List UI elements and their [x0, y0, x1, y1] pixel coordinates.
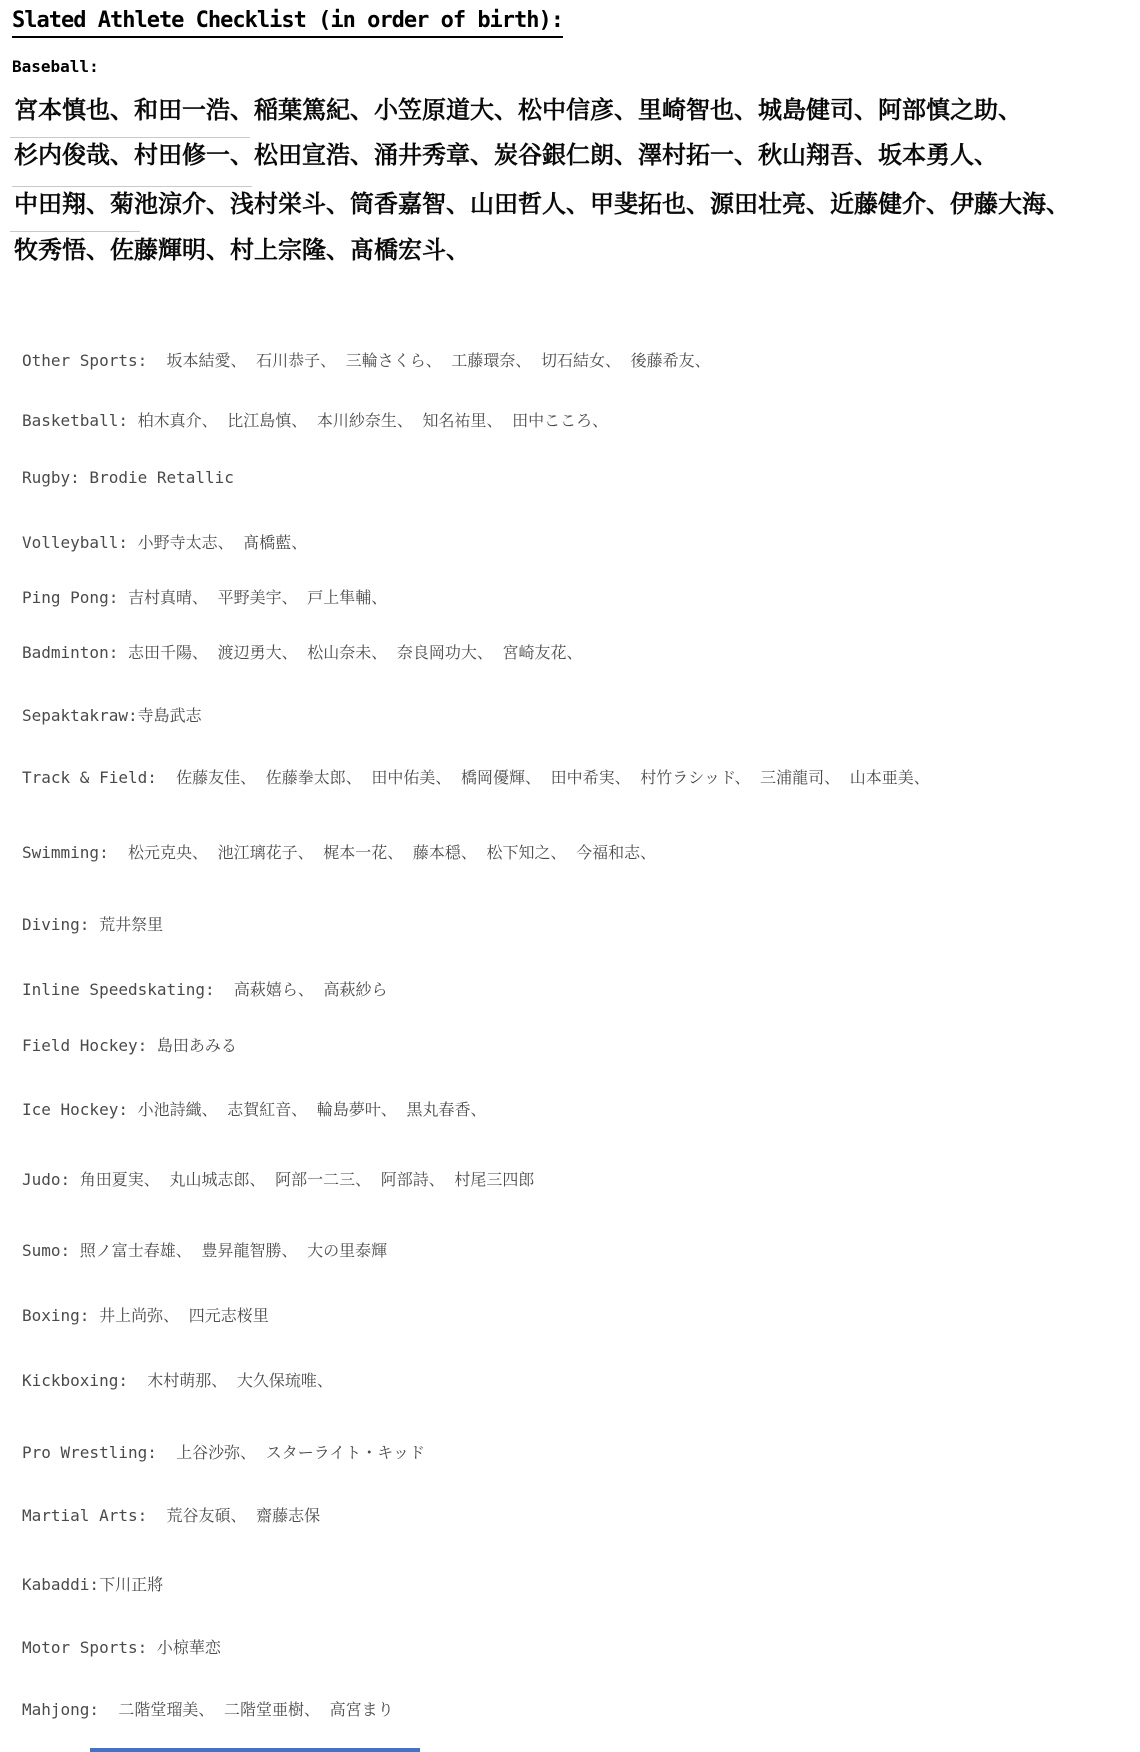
section-row-volleyball: Volleyball: 小野寺太志、 髙橋藍、	[22, 530, 307, 553]
section-row-pro-wrestling: Pro Wrestling: 上谷沙弥、 スターライト・キッド	[22, 1440, 425, 1463]
bottom-blue-line	[90, 1748, 420, 1752]
athlete-names: 小椋華恋	[147, 1638, 221, 1657]
sport-label: Martial Arts:	[22, 1506, 147, 1525]
section-row-sumo: Sumo: 照ノ富士春雄、 豊昇龍智勝、 大の里泰輝	[22, 1238, 387, 1261]
baseball-names-line: 宮本慎也、和田一浩、稲葉篤紀、小笠原道大、松中信彦、里崎智也、城島健司、阿部慎之…	[14, 95, 1022, 125]
athlete-names: 照ノ富士春雄、 豊昇龍智勝、 大の里泰輝	[70, 1241, 387, 1260]
athlete-names: 井上尚弥、 四元志桜里	[89, 1306, 268, 1325]
section-row-judo: Judo: 角田夏実、 丸山城志郎、 阿部一二三、 阿部詩、 村尾三四郎	[22, 1167, 534, 1190]
athlete-names: 高萩嬉ら、 高萩紗ら	[215, 980, 388, 999]
sport-label: Diving:	[22, 915, 89, 934]
sport-label: Swimming:	[22, 843, 109, 862]
sport-label: Kabaddi:	[22, 1575, 99, 1594]
athlete-names: 寺島武志	[138, 706, 202, 725]
baseball-section-label: Baseball:	[12, 57, 99, 76]
athlete-names: 荒井祭里	[89, 915, 163, 934]
sport-label: Kickboxing:	[22, 1371, 128, 1390]
faint-divider-line	[12, 186, 252, 187]
sport-label: Volleyball:	[22, 533, 128, 552]
section-row-rugby: Rugby: Brodie Retallic	[22, 468, 234, 487]
section-row-badminton: Badminton: 志田千陽、 渡辺勇大、 松山奈未、 奈良岡功大、 宮崎友花…	[22, 640, 583, 663]
section-row-motor-sports: Motor Sports: 小椋華恋	[22, 1635, 221, 1658]
athlete-names: 荒谷友碩、 齋藤志保	[147, 1506, 320, 1525]
baseball-names-line: 牧秀悟、佐藤輝明、村上宗隆、髙橋宏斗、	[14, 235, 470, 265]
athlete-names: 志田千陽、 渡辺勇大、 松山奈未、 奈良岡功大、 宮崎友花、	[118, 643, 582, 662]
athlete-names: 坂本結愛、 石川恭子、 三輪さくら、 工藤環奈、 切石結女、 後藤希友、	[147, 351, 710, 370]
sport-label: Basketball:	[22, 411, 128, 430]
sport-label: Sumo:	[22, 1241, 70, 1260]
athlete-names: 島田あみる	[147, 1036, 237, 1055]
faint-divider-line	[10, 231, 140, 232]
section-row-track-field: Track & Field: 佐藤友佳、 佐藤拳太郎、 田中佑美、 橋岡優輝、 …	[22, 765, 930, 788]
section-row-ice-hockey: Ice Hockey: 小池詩織、 志賀紅音、 輪島夢叶、 黒丸春香、	[22, 1097, 487, 1120]
section-row-sepaktakraw: Sepaktakraw:寺島武志	[22, 703, 202, 726]
section-row-basketball: Basketball: 柏木真介、 比江島慎、 本川紗奈生、 知名祐里、 田中こ…	[22, 408, 608, 431]
athlete-names: 松元克央、 池江璃花子、 梶本一花、 藤本穏、 松下知之、 今福和志、	[109, 843, 656, 862]
section-row-ping-pong: Ping Pong: 吉村真晴、 平野美宇、 戸上隼輔、	[22, 585, 387, 608]
section-row-martial-arts: Martial Arts: 荒谷友碩、 齋藤志保	[22, 1503, 320, 1526]
sport-label: Boxing:	[22, 1306, 89, 1325]
athlete-names: 角田夏実、 丸山城志郎、 阿部一二三、 阿部詩、 村尾三四郎	[70, 1170, 534, 1189]
section-row-boxing: Boxing: 井上尚弥、 四元志桜里	[22, 1303, 269, 1326]
section-row-kickboxing: Kickboxing: 木村萌那、 大久保琉唯、	[22, 1368, 333, 1391]
page-title: Slated Athlete Checklist (in order of bi…	[12, 8, 563, 38]
athlete-names: 下川正將	[99, 1575, 163, 1594]
section-row-swimming: Swimming: 松元克央、 池江璃花子、 梶本一花、 藤本穏、 松下知之、 …	[22, 840, 656, 863]
sport-label: Inline Speedskating:	[22, 980, 215, 999]
section-row-diving: Diving: 荒井祭里	[22, 912, 163, 935]
baseball-names-line: 杉内俊哉、村田修一、松田宣浩、涌井秀章、炭谷銀仁朗、澤村拓一、秋山翔吾、坂本勇人…	[14, 140, 998, 170]
section-row-inline-speedskating: Inline Speedskating: 高萩嬉ら、 高萩紗ら	[22, 977, 388, 1000]
athlete-names: 吉村真晴、 平野美宇、 戸上隼輔、	[118, 588, 387, 607]
sport-label: Rugby:	[22, 468, 80, 487]
section-row-field-hockey: Field Hockey: 島田あみる	[22, 1033, 237, 1056]
sport-label: Sepaktakraw:	[22, 706, 138, 725]
document-page: Slated Athlete Checklist (in order of bi…	[0, 0, 1140, 1752]
athlete-names: 二階堂瑠美、 二階堂亜樹、 高宮まり	[99, 1700, 394, 1719]
section-row-mahjong: Mahjong: 二階堂瑠美、 二階堂亜樹、 高宮まり	[22, 1697, 394, 1720]
faint-divider-line	[10, 137, 250, 138]
section-row-other-sports: Other Sports: 坂本結愛、 石川恭子、 三輪さくら、 工藤環奈、 切…	[22, 348, 711, 371]
sport-label: Judo:	[22, 1170, 70, 1189]
sport-label: Ping Pong:	[22, 588, 118, 607]
sport-label: Other Sports:	[22, 351, 147, 370]
sport-label: Field Hockey:	[22, 1036, 147, 1055]
sport-label: Pro Wrestling:	[22, 1443, 157, 1462]
section-row-kabaddi: Kabaddi:下川正將	[22, 1572, 163, 1595]
athlete-names: 小池詩織、 志賀紅音、 輪島夢叶、 黒丸春香、	[128, 1100, 487, 1119]
sport-label: Motor Sports:	[22, 1638, 147, 1657]
athlete-names: 佐藤友佳、 佐藤拳太郎、 田中佑美、 橋岡優輝、 田中希実、 村竹ラシッド、 三…	[157, 768, 930, 787]
sport-label: Mahjong:	[22, 1700, 99, 1719]
athlete-names: Brodie Retallic	[80, 468, 234, 487]
athlete-names: 小野寺太志、 髙橋藍、	[128, 533, 307, 552]
sport-label: Badminton:	[22, 643, 118, 662]
baseball-names-line: 中田翔、菊池涼介、浅村栄斗、筒香嘉智、山田哲人、甲斐拓也、源田壮亮、近藤健介、伊…	[14, 189, 1070, 219]
athlete-names: 上谷沙弥、 スターライト・キッド	[157, 1443, 425, 1462]
sport-label: Ice Hockey:	[22, 1100, 128, 1119]
athlete-names: 柏木真介、 比江島慎、 本川紗奈生、 知名祐里、 田中こころ、	[128, 411, 608, 430]
sport-label: Track & Field:	[22, 768, 157, 787]
athlete-names: 木村萌那、 大久保琉唯、	[128, 1371, 333, 1390]
